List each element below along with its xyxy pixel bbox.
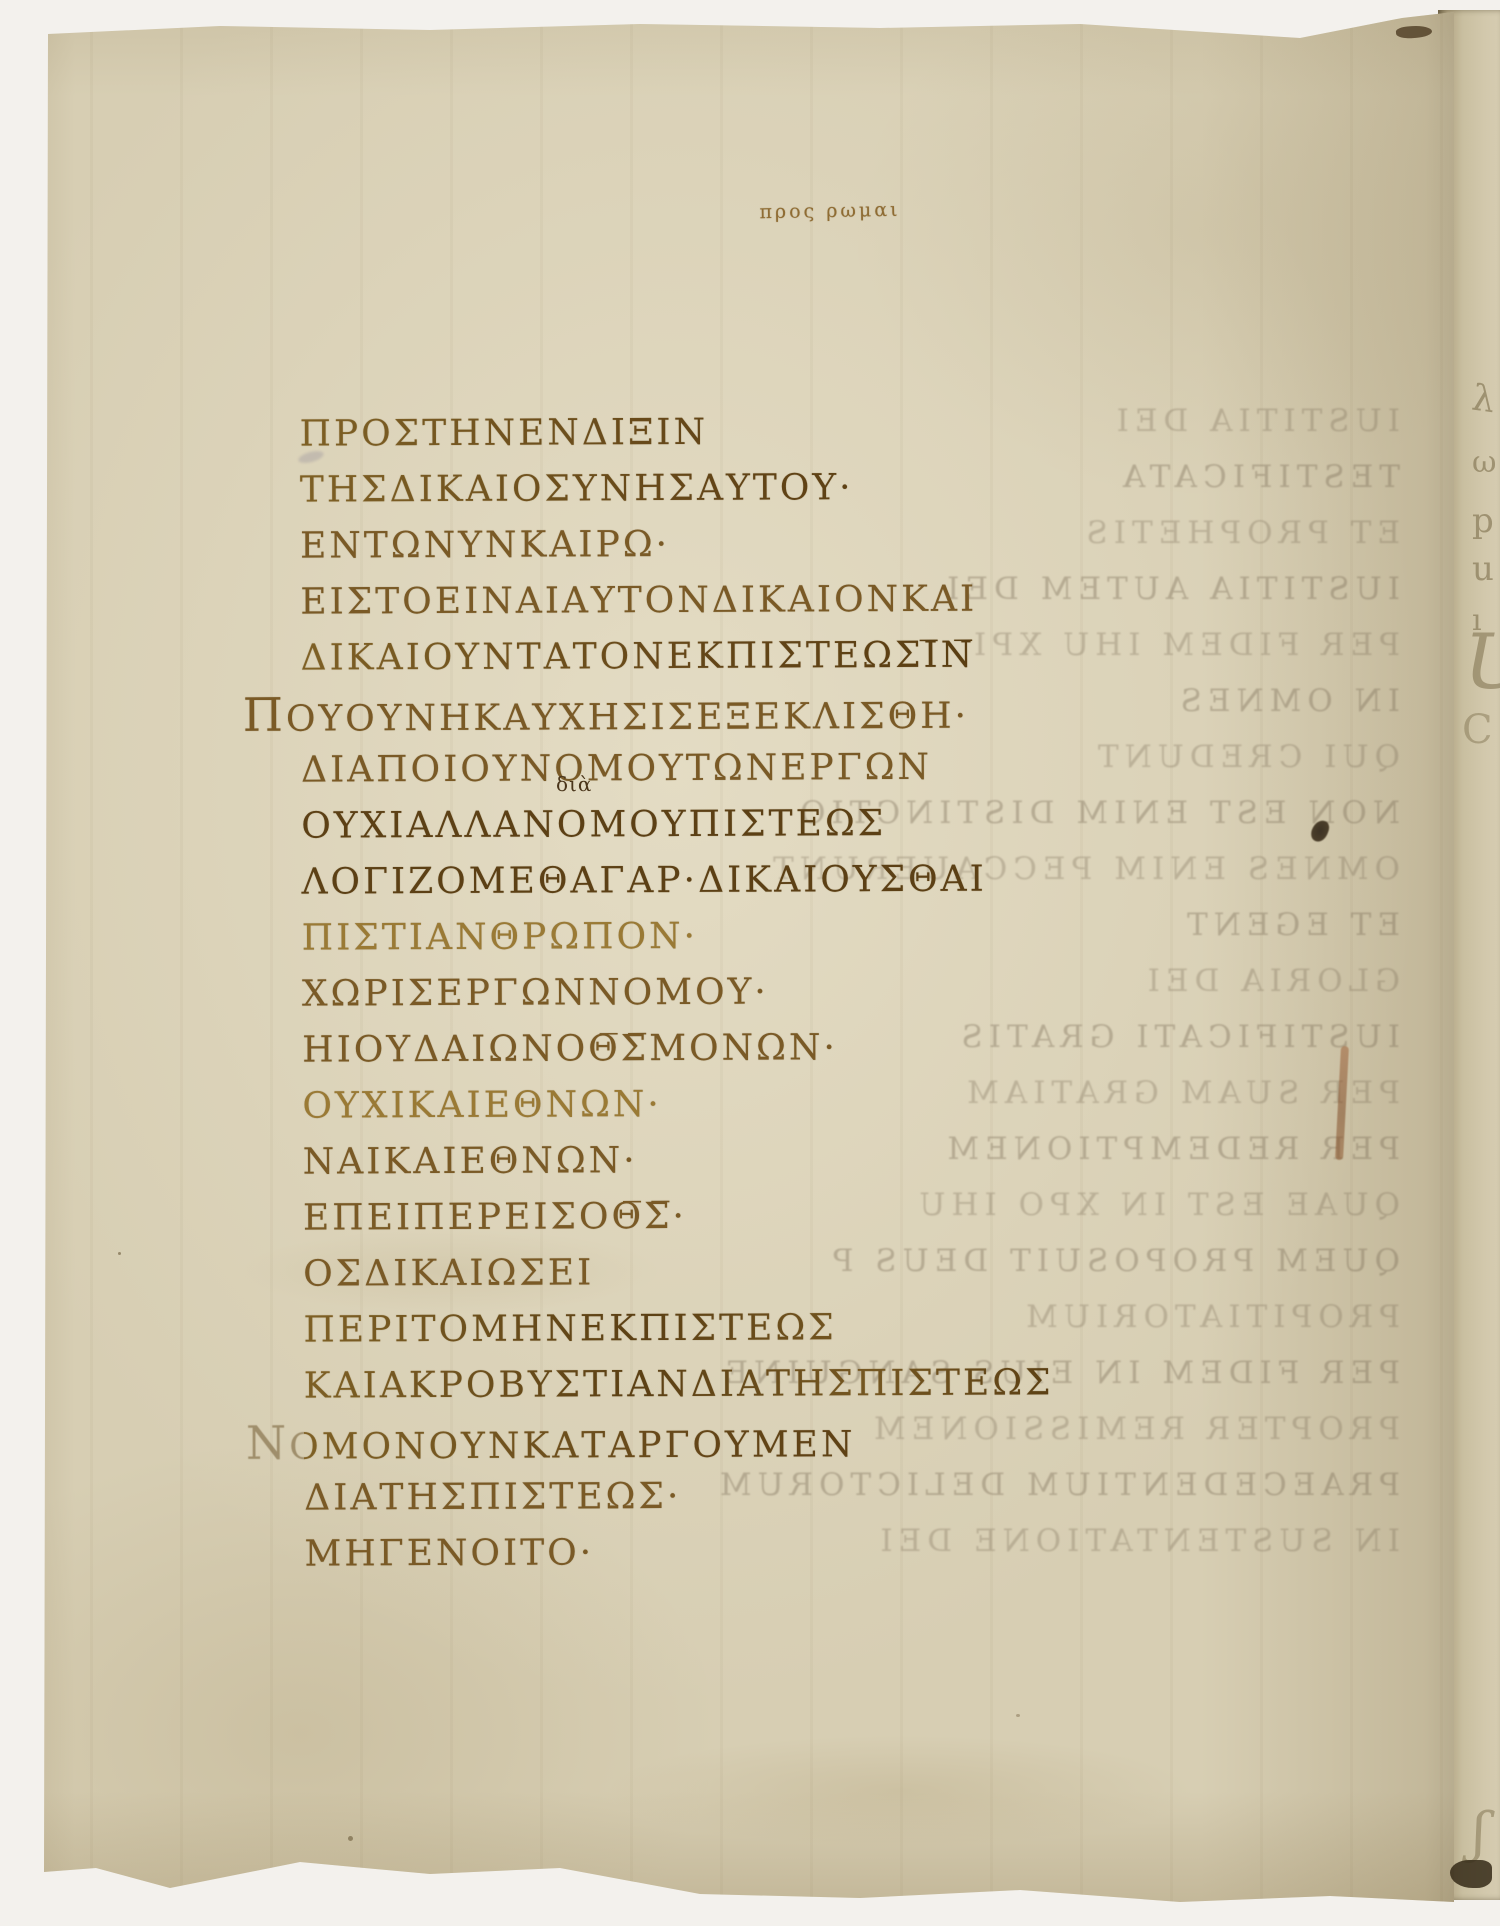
greek-text-line: ΠΕΡΙΤΟΜΗΝΕΚΠΙΣΤΕΩΣ: [303, 1299, 1053, 1358]
scanned-photo: λ ω p u ı U C ʃ προς ρωμαι IUSTITIA DEI …: [0, 0, 1500, 1926]
facing-page-letter-fragment: ω: [1472, 448, 1496, 478]
speck-stain: [348, 1836, 353, 1841]
facing-page-letter-fragment: p: [1472, 504, 1494, 538]
greek-text-line: ΠΙΣΤΙΑΝΘΡΩΠΟΝ·: [302, 907, 1052, 966]
greek-text-line: ΠΡΟΣΤΗΝΕΝΔΙΞΙΝ: [299, 403, 1049, 462]
greek-text-line: ΕΝΤΩΝΥΝΚΑΙΡΩ·: [300, 515, 1050, 574]
greek-text-line: ΧΩΡΙΣΕΡΓΩΝΝΟΜΟΥ·: [302, 963, 1052, 1022]
facing-page-letter-fragment: C: [1462, 710, 1493, 750]
facing-page-letter-fragment: ʃ: [1472, 1806, 1487, 1860]
facing-page-letter-fragment: U: [1464, 624, 1500, 700]
greek-text-line: ΝΑΙΚΑΙΕΘΝΩΝ·: [303, 1131, 1053, 1190]
greek-text-line: ΟΣΔΙΚΑΙΩΣΕΙ: [303, 1243, 1053, 1302]
greek-text-line: ΕΙΣΤΟΕΙΝΑΙΑΥΤΟΝΔΙΚΑΙΟΝΚΑΙ: [300, 571, 1050, 630]
binding-tuft-bottom: [1450, 1860, 1492, 1888]
greek-text-line: ΠΟΥΟΥΝΗΚΑΥΧΗΣΙΣΕΞΕΚΛΙΣΘΗ·: [301, 683, 1051, 742]
running-title: προς ρωμαι: [700, 198, 960, 225]
facing-page-letter-fragment: u: [1472, 552, 1494, 586]
speck-stain: [118, 1252, 121, 1255]
greek-text-line: ΔΙΑΠΟΙΟΥΝΟΜΟΥΤΩΝΕΡΓΩΝ: [301, 739, 1051, 798]
greek-text-line: ΤΗΣΔΙΚΑΙΟΣΥΝΗΣΑΥΤΟΥ·: [300, 459, 1050, 518]
greek-text-line: ΕΠΕΙΠΕΡΕΙΣΟΘ̅Σ̅·: [303, 1187, 1053, 1246]
greek-text-block: ΠΡΟΣΤΗΝΕΝΔΙΞΙΝ ΤΗΣΔΙΚΑΙΟΣΥΝΗΣΑΥΤΟΥ· ΕΝΤΩ…: [299, 403, 1054, 1582]
greek-text-line: ΟΥΧΙΚΑΙΕΘΝΩΝ·: [302, 1075, 1052, 1134]
greek-text-line: ΚΑΙΑΚΡΟΒΥΣΤΙΑΝΔΙΑΤΗΣΠΙΣΤΕΩΣ: [304, 1355, 1054, 1414]
greek-text-line: ΜΗΓΕΝΟΙΤΟ·: [304, 1523, 1054, 1582]
greek-text-line: ΗΙΟΥΔΑΙΩΝΟΘ̅Σ̅ΜΟΝΩΝ·: [302, 1019, 1052, 1078]
greek-text-line: ΟΥΧΙΑΛΛΑΝΟΜΟΥΠΙΣΤΕΩΣ: [301, 795, 1051, 854]
manuscript-page: προς ρωμαι IUSTITIA DEI TESTIFICATA ET P…: [0, 0, 1500, 1926]
greek-text-line: ΔΙΑΤΗΣΠΙΣΤΕΩΣ·: [304, 1467, 1054, 1526]
greek-text-line: ΔΙΚΑΙΟΥΝΤΑΤΟΝΕΚΠΙΣΤΕΩΣΙ̅Ν̅: [300, 627, 1050, 686]
speck-stain: [1016, 1714, 1020, 1717]
greek-text-line: ΛΟΓΙΖΟΜΕΘΑΓΑΡ·ΔΙΚΑΙΟΥΣΘΑΙ: [301, 851, 1051, 910]
interlinear-correction: διὰ: [556, 772, 592, 796]
greek-text-line: ΝΟΜΟΝΟΥΝΚΑΤΑΡΓΟΥΜΕΝ: [304, 1411, 1054, 1470]
facing-page-letter-fragment: λ: [1470, 381, 1498, 420]
